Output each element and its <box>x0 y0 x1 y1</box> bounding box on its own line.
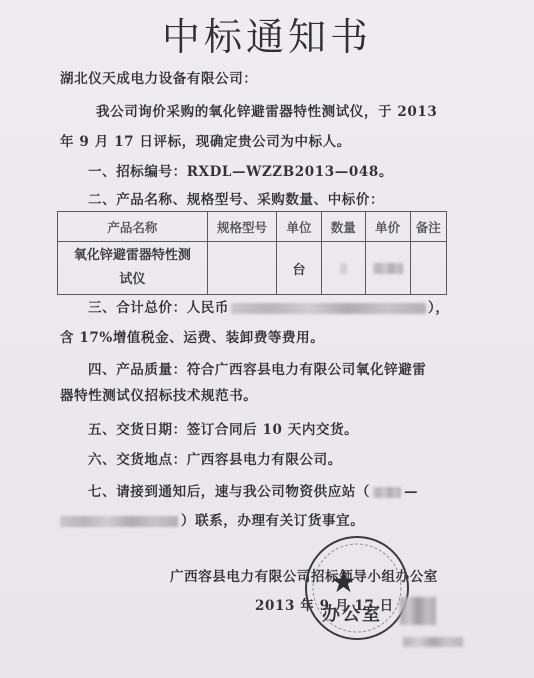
document-page: 中标通知书 湖北仪天成电力设备有限公司： 我公司询价采购的氧化锌避雷器特性测试仪… <box>0 0 534 678</box>
redacted-unit-price <box>373 263 403 274</box>
header-quantity: 数量 <box>321 212 365 242</box>
table-header-row: 产品名称 规格型号 单位 数量 单价 备注 <box>58 212 447 242</box>
table-row: 氧化锌避雷器特性测 试仪 台 <box>58 242 447 295</box>
redacted-phone-prefix <box>373 487 401 498</box>
seal-star-icon: ★ <box>330 565 357 600</box>
redacted-phone-numbers <box>60 516 178 527</box>
header-model: 规格型号 <box>207 212 277 242</box>
item-bid-number: 一、招标编号：RXDL—WZZB2013—048。 <box>88 160 393 180</box>
item-total-price-line-2: 含 17%增值税金、运费、装卸费等费用。 <box>60 326 324 346</box>
cell-product-name: 氧化锌避雷器特性测 试仪 <box>58 242 208 295</box>
product-name-line-2: 试仪 <box>58 268 207 292</box>
contact-text: 七、请接到通知后，速与我公司物资供应站（ <box>88 484 370 500</box>
seal-text: 办公室 <box>322 600 382 626</box>
item-contact-line-2: ）联系，办理有关订货事宜。 <box>60 509 364 529</box>
intro-line-1: 我公司询价采购的氧化锌避雷器特性测试仪，于 2013 <box>96 100 437 120</box>
intro-line-2: 年 9 月 17 日评标，现确定贵公司为中标人。 <box>60 130 351 150</box>
redacted-signature-note <box>403 637 463 647</box>
item-delivery-location: 六、交货地点：广西容县电力有限公司。 <box>88 448 342 468</box>
contact-dash: — <box>404 484 418 500</box>
cell-model <box>207 242 277 295</box>
product-name-line-1: 氧化锌避雷器特性测 <box>58 244 207 268</box>
item-contact-line-1: 七、请接到通知后，速与我公司物资供应站（— <box>88 480 418 500</box>
redacted-total-price <box>231 303 426 314</box>
item-quality-line-1: 四、产品质量：符合广西容县电力有限公司氧化锌避雷 <box>88 358 426 378</box>
item-total-price: 三、合计总价：人民币）， <box>88 296 449 316</box>
document-title: 中标通知书 <box>0 6 534 61</box>
header-unit-price: 单价 <box>365 212 410 242</box>
item-product-heading: 二、产品名称、规格型号、采购数量、中标价： <box>88 188 384 208</box>
total-price-prefix: 三、合计总价：人民币 <box>88 300 229 316</box>
item-delivery-date: 五、交货日期：签订合同后 10 天内交货。 <box>88 418 358 438</box>
product-table: 产品名称 规格型号 单位 数量 单价 备注 氧化锌避雷器特性测 试仪 台 <box>57 211 447 295</box>
recipient-line: 湖北仪天成电力设备有限公司： <box>60 67 257 87</box>
cell-remarks <box>410 242 446 295</box>
header-unit: 单位 <box>277 212 321 242</box>
item-quality-line-2: 器特性测试仪招标技术规范书。 <box>60 384 257 404</box>
redacted-handwritten-signature <box>400 597 436 625</box>
cell-unit: 台 <box>277 242 321 295</box>
cell-unit-price <box>365 242 410 295</box>
total-price-suffix: ）， <box>428 300 449 316</box>
contact-suffix: ）联系，办理有关订货事宜。 <box>181 513 364 529</box>
header-remarks: 备注 <box>410 212 446 242</box>
cell-quantity <box>321 242 365 295</box>
redacted-quantity <box>340 263 347 274</box>
header-product-name: 产品名称 <box>58 212 208 242</box>
